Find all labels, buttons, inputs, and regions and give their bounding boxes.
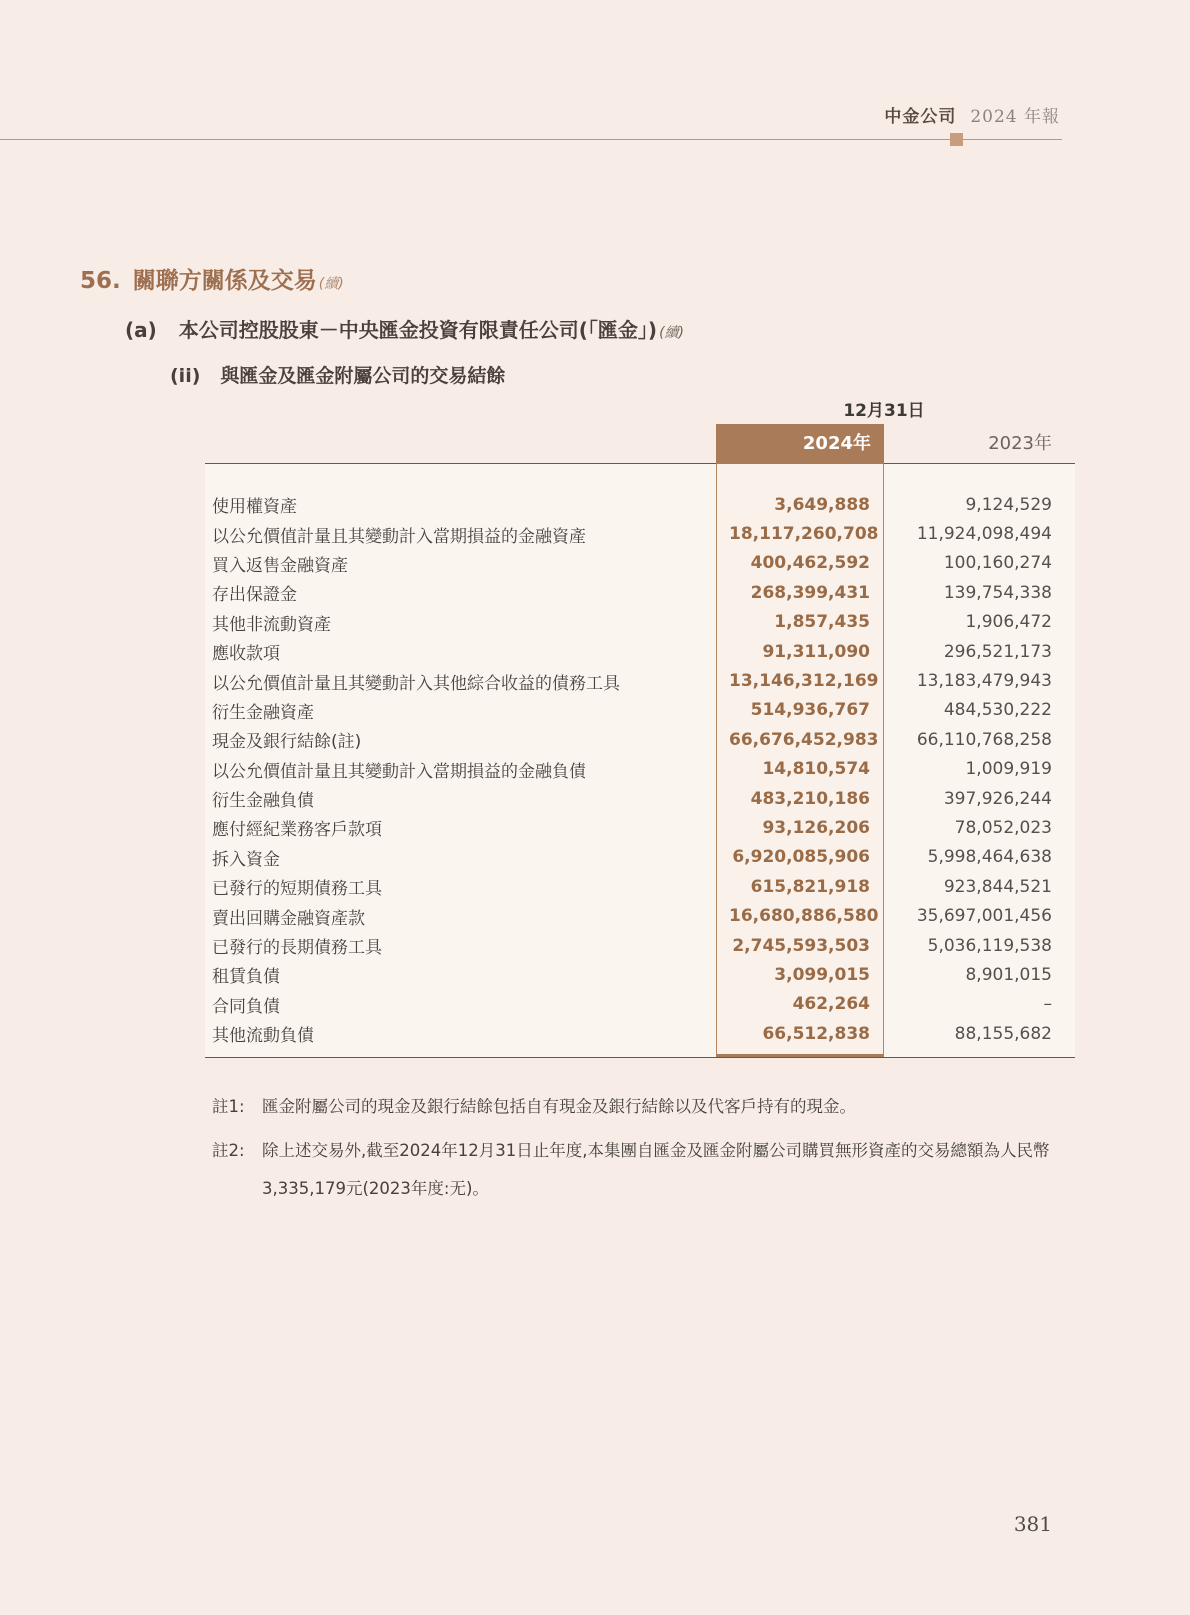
section-title-text: 關聯方關係及交易 — [133, 262, 317, 295]
row-label: 以公允價值計量且其變動計入當期損益的金融負債 — [212, 757, 729, 782]
row-value-2024: 2,745,593,503 — [729, 936, 884, 956]
row-value-2023: 11,924,098,494 — [884, 524, 1052, 544]
row-label: 存出保證金 — [212, 580, 729, 605]
subsection-ii-title: 與匯金及匯金附屬公司的交易結餘 — [220, 361, 505, 388]
row-value-2024: 268,399,431 — [729, 583, 884, 603]
footnote-2-label: 註2: — [212, 1132, 262, 1208]
table-date-header: 12月31日 — [716, 396, 1052, 421]
row-label: 已發行的長期債務工具 — [212, 933, 729, 958]
row-value-2023: 5,036,119,538 — [884, 936, 1052, 956]
row-label: 其他非流動資產 — [212, 610, 729, 635]
row-value-2023: 923,844,521 — [884, 877, 1052, 897]
table-row: 拆入資金 6,920,085,906 5,998,464,638 — [212, 843, 1052, 872]
table-row: 衍生金融負債 483,210,186 397,926,244 — [212, 784, 1052, 813]
row-value-2023: 397,926,244 — [884, 789, 1052, 809]
table-row: 賣出回購金融資產款 16,680,886,580 35,697,001,456 — [212, 901, 1052, 930]
subsection-a-heading: (a) 本公司控股股東－中央匯金投資有限責任公司(「匯金」) (續) — [125, 314, 684, 343]
row-value-2024: 1,857,435 — [729, 612, 884, 632]
row-value-2024: 14,810,574 — [729, 759, 884, 779]
report-year: 2024 年報 — [970, 107, 1060, 127]
row-value-2024: 91,311,090 — [729, 642, 884, 662]
row-value-2024: 462,264 — [729, 994, 884, 1014]
row-value-2024: 6,920,085,906 — [729, 847, 884, 867]
table-row: 現金及銀行結餘(註) 66,676,452,983 66,110,768,258 — [212, 725, 1052, 754]
table-rows: 使用權資產 3,649,888 9,124,529 以公允價值計量且其變動計入當… — [205, 464, 1075, 1048]
footnote-1-text: 匯金附屬公司的現金及銀行結餘包括自有現金及銀行結餘以及代客戶持有的現金。 — [262, 1088, 1060, 1126]
row-value-2023: 13,183,479,943 — [884, 671, 1052, 691]
table-row: 合同負債 462,264 – — [212, 990, 1052, 1019]
table-row: 以公允價值計量且其變動計入其他綜合收益的債務工具 13,146,312,169 … — [212, 666, 1052, 695]
row-label: 衍生金融負債 — [212, 786, 729, 811]
subsection-a-label: (a) — [125, 318, 157, 342]
subsection-a-title: 本公司控股股東－中央匯金投資有限責任公司(「匯金」) — [179, 314, 657, 343]
row-value-2024: 93,126,206 — [729, 818, 884, 838]
row-label: 衍生金融資產 — [212, 698, 729, 723]
row-value-2023: 484,530,222 — [884, 700, 1052, 720]
section-number: 56. — [80, 268, 121, 294]
table-row: 已發行的長期債務工具 2,745,593,503 5,036,119,538 — [212, 931, 1052, 960]
row-value-2023: 139,754,338 — [884, 583, 1052, 603]
table-row: 以公允價值計量且其變動計入當期損益的金融資產 18,117,260,708 11… — [212, 519, 1052, 548]
footnote-2-text: 除上述交易外,截至2024年12月31日止年度,本集團自匯金及匯金附屬公司購買無… — [262, 1132, 1060, 1208]
subsection-ii-heading: (ii) 與匯金及匯金附屬公司的交易結餘 — [170, 361, 505, 388]
row-value-2024: 18,117,260,708 — [729, 524, 884, 544]
column-header-2024: 2024年 — [716, 424, 884, 464]
row-value-2023: 1,009,919 — [884, 759, 1052, 779]
footnote-1: 註1: 匯金附屬公司的現金及銀行結餘包括自有現金及銀行結餘以及代客戶持有的現金。 — [212, 1088, 1064, 1126]
row-value-2023: 296,521,173 — [884, 642, 1052, 662]
table-row: 其他非流動資產 1,857,435 1,906,472 — [212, 608, 1052, 637]
table-row: 存出保證金 268,399,431 139,754,338 — [212, 578, 1052, 607]
row-value-2024: 483,210,186 — [729, 789, 884, 809]
footnote-1-label: 註1: — [212, 1088, 262, 1126]
row-value-2024: 66,676,452,983 — [729, 730, 884, 750]
table-bottom-rule — [205, 1057, 1075, 1058]
row-value-2023: 88,155,682 — [884, 1024, 1052, 1044]
row-value-2024: 615,821,918 — [729, 877, 884, 897]
row-label: 合同負債 — [212, 992, 729, 1017]
row-value-2023: 100,160,274 — [884, 553, 1052, 573]
row-label: 以公允價值計量且其變動計入當期損益的金融資產 — [212, 522, 729, 547]
table-row: 租賃負債 3,099,015 8,901,015 — [212, 960, 1052, 989]
row-value-2023: 78,052,023 — [884, 818, 1052, 838]
row-value-2023: 66,110,768,258 — [884, 730, 1052, 750]
row-value-2023: 8,901,015 — [884, 965, 1052, 985]
subsection-a-continued-tag: (續) — [659, 322, 684, 342]
section-continued-tag: (續) — [319, 273, 344, 293]
header-square-marker — [950, 133, 963, 146]
row-label: 其他流動負債 — [212, 1021, 729, 1046]
row-value-2024: 66,512,838 — [729, 1024, 884, 1044]
row-label: 使用權資產 — [212, 492, 729, 517]
row-value-2024: 13,146,312,169 — [729, 671, 884, 691]
row-label: 買入返售金融資產 — [212, 551, 729, 576]
row-value-2023: – — [884, 994, 1052, 1014]
row-label: 拆入資金 — [212, 845, 729, 870]
row-value-2023: 1,906,472 — [884, 612, 1052, 632]
footnote-2: 註2: 除上述交易外,截至2024年12月31日止年度,本集團自匯金及匯金附屬公… — [212, 1132, 1064, 1208]
row-label: 租賃負債 — [212, 962, 729, 987]
row-value-2024: 400,462,592 — [729, 553, 884, 573]
table-row: 使用權資產 3,649,888 9,124,529 — [212, 490, 1052, 519]
row-value-2024: 16,680,886,580 — [729, 906, 884, 926]
page-number: 381 — [1014, 1512, 1052, 1536]
table-row: 買入返售金融資產 400,462,592 100,160,274 — [212, 549, 1052, 578]
column-header-2023: 2023年 — [884, 424, 1052, 464]
company-name: 中金公司 — [884, 107, 956, 127]
row-value-2023: 5,998,464,638 — [884, 847, 1052, 867]
row-value-2024: 3,099,015 — [729, 965, 884, 985]
section-title: 56. 關聯方關係及交易 (續) — [80, 262, 344, 295]
row-label: 應付經紀業務客戶款項 — [212, 815, 729, 840]
header-divider-line — [0, 139, 1062, 140]
row-value-2024: 3,649,888 — [729, 495, 884, 515]
row-label: 已發行的短期債務工具 — [212, 874, 729, 899]
table-row: 應付經紀業務客戶款項 93,126,206 78,052,023 — [212, 813, 1052, 842]
table-row: 以公允價值計量且其變動計入當期損益的金融負債 14,810,574 1,009,… — [212, 755, 1052, 784]
row-value-2023: 35,697,001,456 — [884, 906, 1052, 926]
row-label: 應收款項 — [212, 639, 729, 664]
row-label: 以公允價值計量且其變動計入其他綜合收益的債務工具 — [212, 669, 729, 694]
row-label: 現金及銀行結餘(註) — [212, 727, 729, 752]
row-label: 賣出回購金融資產款 — [212, 904, 729, 929]
table-row: 應收款項 91,311,090 296,521,173 — [212, 637, 1052, 666]
table-row: 其他流動負債 66,512,838 88,155,682 — [212, 1019, 1052, 1048]
row-value-2023: 9,124,529 — [884, 495, 1052, 515]
table-row: 衍生金融資產 514,936,767 484,530,222 — [212, 696, 1052, 725]
table-row: 已發行的短期債務工具 615,821,918 923,844,521 — [212, 872, 1052, 901]
row-value-2024: 514,936,767 — [729, 700, 884, 720]
subsection-ii-label: (ii) — [170, 365, 200, 387]
report-header: 中金公司2024 年報 — [884, 102, 1060, 127]
